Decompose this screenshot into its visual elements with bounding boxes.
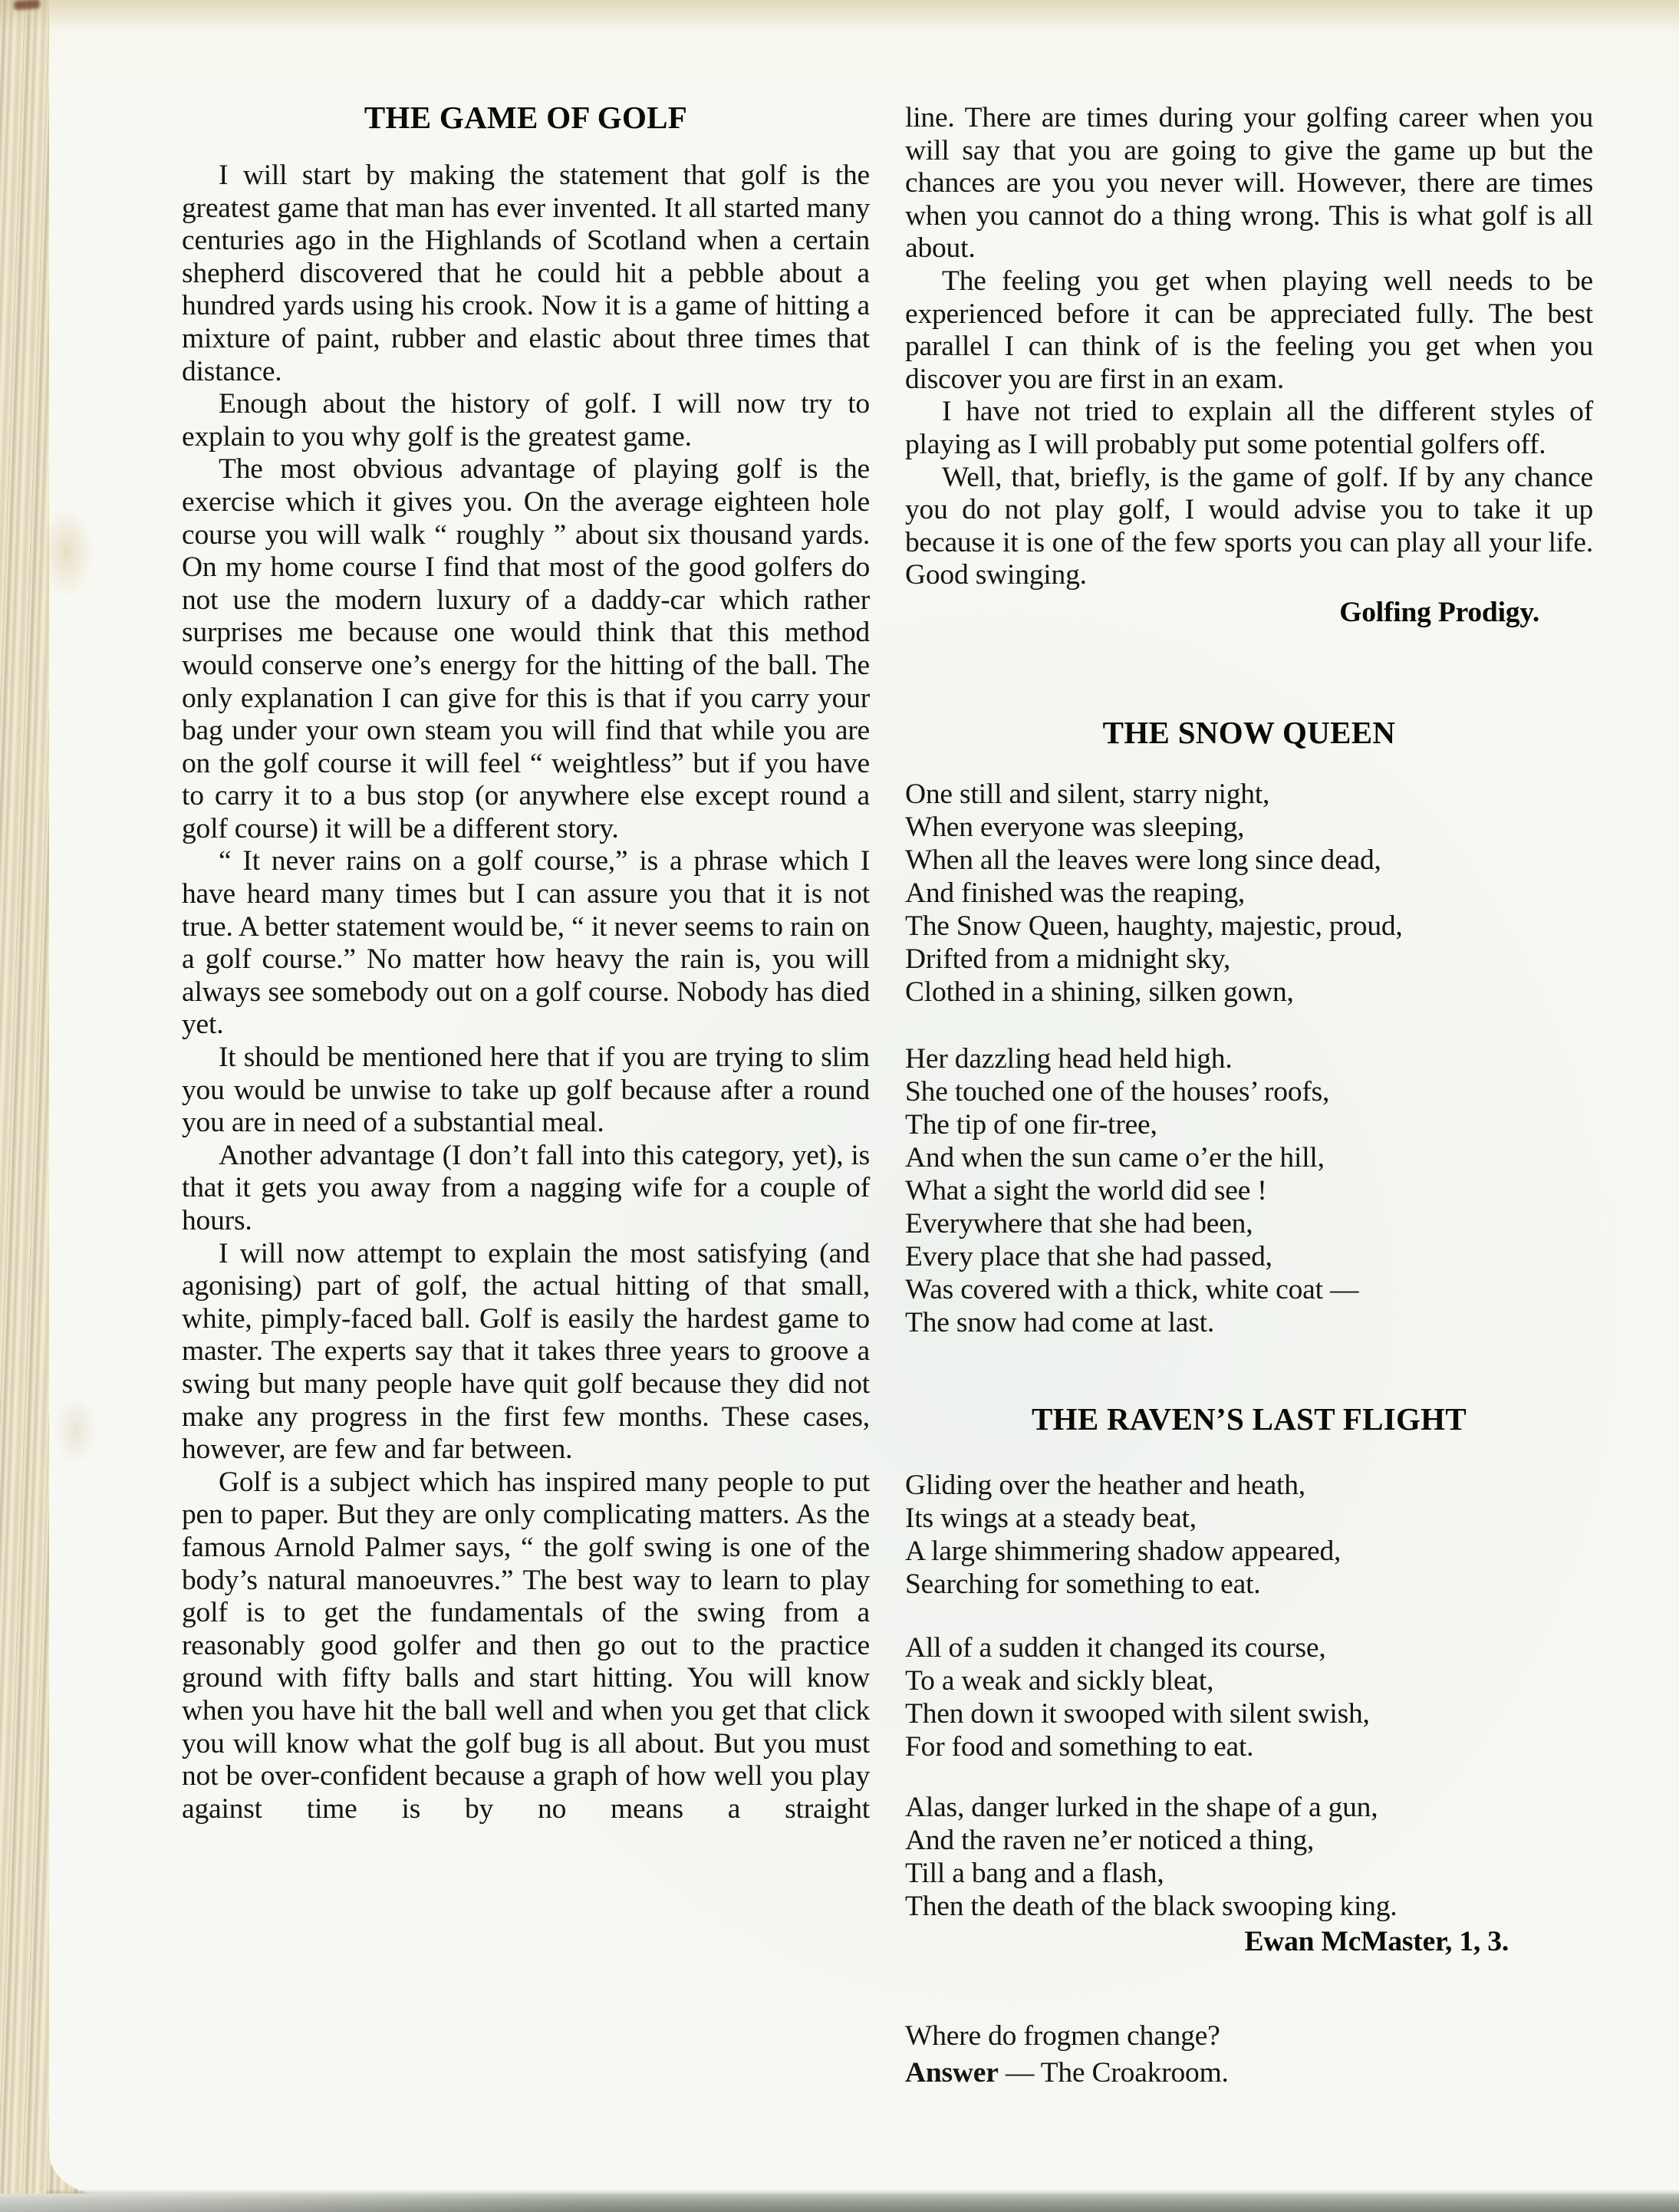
paragraph: Another advantage (I don’t fall into thi… — [182, 1140, 870, 1238]
poem-line: One still and silent, starry night, — [905, 778, 1593, 811]
poem-line: What a sight the world did see ! — [905, 1174, 1593, 1207]
poem-line: When all the leaves were long since dead… — [905, 844, 1593, 877]
snow-queen-stanza-2: Her dazzling head held high.She touched … — [905, 1042, 1593, 1339]
poem-line: She touched one of the houses’ roofs, — [905, 1075, 1593, 1108]
paragraph: Enough about the history of golf. I will… — [182, 388, 870, 453]
article-title: THE GAME OF GOLF — [182, 100, 870, 135]
raven-stanza-2: All of a sudden it changed its course,To… — [905, 1631, 1593, 1763]
article-signature: Golfing Prodigy. — [905, 597, 1593, 630]
poem-line: And the raven ne’er noticed a thing, — [905, 1824, 1593, 1857]
paragraph: Well, that, briefly, is the game of golf… — [905, 462, 1593, 592]
paragraph: The most obvious advantage of playing go… — [182, 453, 870, 845]
joke-answer-label: Answer — [905, 2057, 999, 2089]
scan-top-tint — [0, 0, 1679, 32]
poem-line: Her dazzling head held high. — [905, 1042, 1593, 1075]
paper-stain — [40, 506, 94, 598]
poem-title-ravens-last-flight: THE RAVEN’S LAST FLIGHT — [905, 1402, 1593, 1437]
poem-line: When everyone was sleeping, — [905, 811, 1593, 844]
poem-line: And finished was the reaping, — [905, 877, 1593, 910]
snow-queen-stanza-1: One still and silent, starry night,When … — [905, 778, 1593, 1009]
left-column: THE GAME OF GOLF I will start by making … — [182, 100, 870, 1825]
poem-line: To a weak and sickly bleat, — [905, 1664, 1593, 1697]
poem-line: The snow had come at last. — [905, 1306, 1593, 1339]
poem-line: Clothed in a shining, silken gown, — [905, 976, 1593, 1009]
poem-signature: Ewan McMaster, 1, 3. — [905, 1926, 1593, 1959]
scanned-book-page: THE GAME OF GOLF I will start by making … — [0, 0, 1679, 2212]
poem-line: Alas, danger lurked in the shape of a gu… — [905, 1791, 1593, 1824]
poem-line: Was covered with a thick, white coat — — [905, 1273, 1593, 1306]
raven-stanza-3: Alas, danger lurked in the shape of a gu… — [905, 1791, 1593, 1923]
paragraph: I will now attempt to explain the most s… — [182, 1238, 870, 1466]
joke-answer-text: — The Croakroom. — [999, 2057, 1229, 2089]
paragraph: I have not tried to explain all the diff… — [905, 396, 1593, 461]
paragraph: Golf is a subject which has inspired man… — [182, 1466, 870, 1826]
paragraph: I will start by making the statement tha… — [182, 160, 870, 388]
joke-answer: Answer — The Croakroom. — [905, 2055, 1593, 2092]
raven-stanza-1: Gliding over the heather and heath,Its w… — [905, 1469, 1593, 1601]
poem-line: Every place that she had passed, — [905, 1240, 1593, 1273]
paragraph: The feeling you get when playing well ne… — [905, 265, 1593, 396]
poem-line: The tip of one fir-tree, — [905, 1108, 1593, 1141]
poem-line: Till a bang and a flash, — [905, 1857, 1593, 1890]
poem-line: The Snow Queen, haughty, majestic, proud… — [905, 910, 1593, 943]
poem-line: And when the sun came o’er the hill, — [905, 1141, 1593, 1174]
poem-title-snow-queen: THE SNOW QUEEN — [905, 716, 1593, 750]
poem-line: Then the death of the black swooping kin… — [905, 1890, 1593, 1923]
poem-line: A large shimmering shadow appeared, — [905, 1535, 1593, 1568]
poem-line: Gliding over the heather and heath, — [905, 1469, 1593, 1502]
poem-line: Everywhere that she had been, — [905, 1207, 1593, 1240]
poem-line: Its wings at a steady beat, — [905, 1502, 1593, 1535]
poem-line: All of a sudden it changed its course, — [905, 1631, 1593, 1664]
poem-line: Then down it swooped with silent swish, — [905, 1697, 1593, 1730]
poem-line: Searching for something to eat. — [905, 1568, 1593, 1601]
paragraph: “ It never rains on a golf course,” is a… — [182, 845, 870, 1042]
joke-question: Where do frogmen change? — [905, 2018, 1593, 2055]
poem-line: For food and something to eat. — [905, 1730, 1593, 1763]
paper-stain — [54, 1396, 97, 1465]
joke-block: Where do frogmen change? Answer — The Cr… — [905, 2018, 1593, 2092]
scanner-bed-strip — [0, 2194, 1679, 2212]
right-column: line. There are times during your golfin… — [905, 102, 1593, 2092]
article-continuation-paragraph: line. There are times during your golfin… — [905, 102, 1593, 265]
poem-line: Drifted from a midnight sky, — [905, 943, 1593, 976]
article-body-right: The feeling you get when playing well ne… — [905, 265, 1593, 592]
paragraph: It should be mentioned here that if you … — [182, 1042, 870, 1140]
article-body-left: I will start by making the statement tha… — [182, 160, 870, 1825]
